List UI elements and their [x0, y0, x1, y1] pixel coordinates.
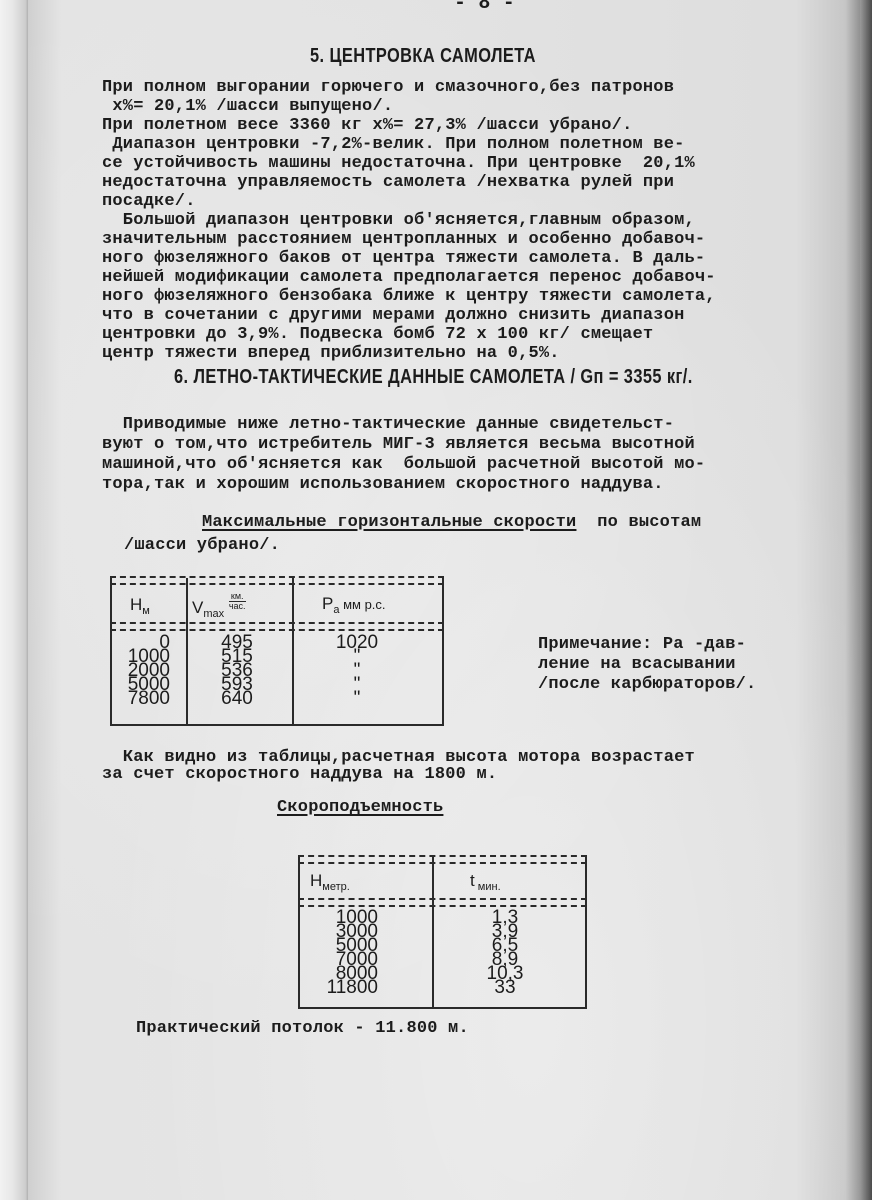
table-top-rule	[298, 855, 587, 864]
text-line: Как видно из таблицы,расчетная высота мо…	[102, 750, 695, 766]
header-pressure: Pа мм р.с.	[322, 594, 386, 616]
text-line: Диапазон центровки -7,2%-велик. При полн…	[102, 137, 685, 153]
altitude-column: 01000200050007800	[112, 636, 170, 706]
text-line: значительным расстоянием центропланных и…	[102, 232, 705, 248]
header-altitude: Hметр.	[310, 871, 350, 893]
time-column: 1,33,96,58,910,333	[475, 911, 535, 995]
max-speed-table: Hм Vmax км.час. Pа мм р.с. 0100020005000…	[110, 578, 444, 726]
speed-table-caption: Максимальные горизонтальные скорости по …	[202, 515, 701, 531]
altitude-column: 1000300050007000800011800	[300, 911, 378, 995]
column-divider	[292, 578, 294, 724]
speed-caption-rest: по высотам	[576, 513, 701, 532]
text-line: за счет скоростного наддува на 1800 м.	[102, 767, 497, 783]
vmax-column: 495515536593640	[202, 636, 272, 706]
speed-caption-underlined: Максимальные горизонтальные скорости	[202, 513, 576, 532]
text-line: центр тяжести вперед приблизительно на 0…	[102, 346, 560, 362]
paper-right-edge	[860, 0, 872, 1200]
column-divider	[432, 857, 434, 1007]
text-line: се устойчивость машины недостаточна. При…	[102, 156, 695, 172]
text-line: Приводимые ниже летно-тактические данные…	[102, 417, 674, 433]
text-line: ного фюзеляжного баков от центра тяжести…	[102, 251, 705, 267]
speed-caption-line2: /шасси убрано/.	[124, 538, 280, 554]
page-number: - 8 -	[454, 0, 515, 12]
text-line: Большой диапазон центровки об'ясняется,г…	[102, 213, 695, 229]
table-header-rule	[298, 898, 587, 907]
service-ceiling: Практический потолок - 11.800 м.	[136, 1021, 469, 1037]
text-line: недостаточна управляемость самолета /нех…	[102, 175, 674, 191]
text-line: x%= 20,1% /шасси выпущено/.	[102, 99, 393, 115]
climb-rate-table: Hметр. t мин. 1000300050007000800011800 …	[298, 857, 587, 1009]
table-top-rule	[110, 576, 444, 585]
header-altitude: Hм	[130, 595, 150, 617]
text-line: При полном выгорании горючего и смазочно…	[102, 80, 674, 96]
table-cell: 33	[475, 981, 535, 995]
text-line: нейшей модификации самолета предполагает…	[102, 270, 716, 286]
section-5-title: 5. ЦЕНТРОВКА САМОЛЕТА	[310, 48, 536, 64]
document-page: - 8 - 5. ЦЕНТРОВКА САМОЛЕТА При полном в…	[28, 0, 862, 1200]
table-cell: "	[322, 692, 392, 706]
text-line: центровки до 3,9%. Подвеска бомб 72 х 10…	[102, 327, 653, 343]
text-line: ного фюзеляжного бензобака ближе к центр…	[102, 289, 716, 305]
table-cell: 640	[202, 692, 272, 706]
table-cell: 7800	[112, 692, 170, 706]
pressure-column: 1020""""	[322, 636, 392, 706]
paper-left-edge	[0, 0, 30, 1200]
section-6-title: 6. ЛЕТНО-ТАКТИЧЕСКИЕ ДАННЫЕ САМОЛЕТА / G…	[174, 369, 693, 385]
text-line: посадке/.	[102, 194, 196, 210]
column-divider	[186, 578, 188, 724]
header-vmax: Vmax км.час.	[192, 592, 246, 620]
climb-table-caption: Скороподъемность	[277, 800, 443, 816]
table-header-rule	[110, 622, 444, 631]
note-line: ление на всасывании	[538, 657, 736, 673]
text-line: что в сочетании с другими мерами должно …	[102, 308, 685, 324]
note-line: /после карбюраторов/.	[538, 677, 756, 693]
header-time: t мин.	[470, 871, 501, 893]
text-line: машиной,что об'ясняется как большой расч…	[102, 457, 705, 473]
note-line: Примечание: Pa -дав-	[538, 637, 746, 653]
text-line: тора,так и хорошим использованием скорос…	[102, 477, 664, 493]
table-cell: 11800	[300, 981, 378, 995]
text-line: вуют о том,что истребитель МИГ-3 являетс…	[102, 437, 695, 453]
text-line: При полетном весе 3360 кг x%= 27,3% /шас…	[102, 118, 633, 134]
